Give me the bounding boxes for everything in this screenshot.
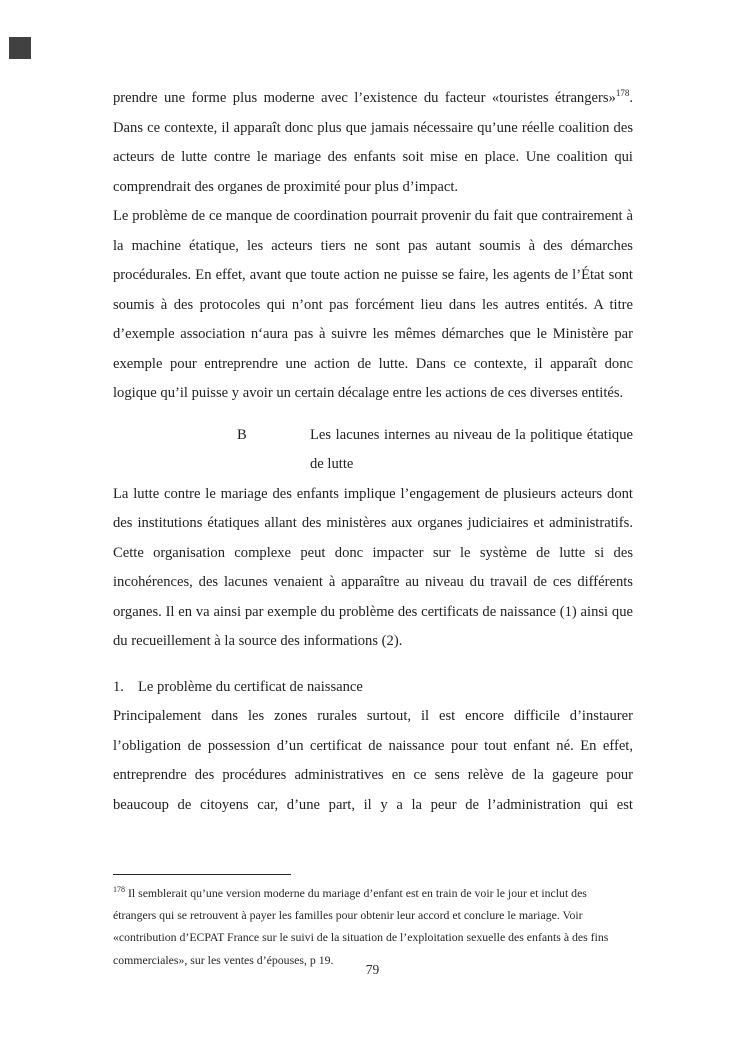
paragraph-2: Le problème de ce manque de coordination… xyxy=(113,202,633,409)
scan-artifact-square xyxy=(9,37,31,59)
section-b-label: B xyxy=(237,421,310,480)
item-1-number: 1. xyxy=(113,673,138,703)
footnote-text: Il semblerait qu’une version moderne du … xyxy=(113,886,608,967)
paragraph-1-text: prendre une forme plus moderne avec l’ex… xyxy=(113,90,616,106)
page-body: prendre une forme plus moderne avec l’ex… xyxy=(113,84,633,820)
footnote-marker: 178 xyxy=(113,885,125,894)
footnote-separator-rule xyxy=(113,874,291,875)
item-1-heading: 1.Le problème du certificat de naissance xyxy=(113,673,633,703)
footnote-178: 178 Il semblerait qu’une version moderne… xyxy=(113,882,633,971)
page-number: 79 xyxy=(0,962,745,978)
paragraph-3: La lutte contre le mariage des enfants i… xyxy=(113,480,633,657)
document-page: prendre une forme plus moderne avec l’ex… xyxy=(0,0,745,1053)
footnote-block: 178 Il semblerait qu’une version moderne… xyxy=(113,874,633,971)
paragraph-1: prendre une forme plus moderne avec l’ex… xyxy=(113,84,633,202)
paragraph-4: Principalement dans les zones rurales su… xyxy=(113,702,633,820)
item-1-title: Le problème du certificat de naissance xyxy=(138,679,363,695)
section-b-heading: B Les lacunes internes au niveau de la p… xyxy=(113,421,633,480)
section-b-title: Les lacunes internes au niveau de la pol… xyxy=(310,421,633,480)
footnote-ref-superscript: 178 xyxy=(616,88,630,98)
